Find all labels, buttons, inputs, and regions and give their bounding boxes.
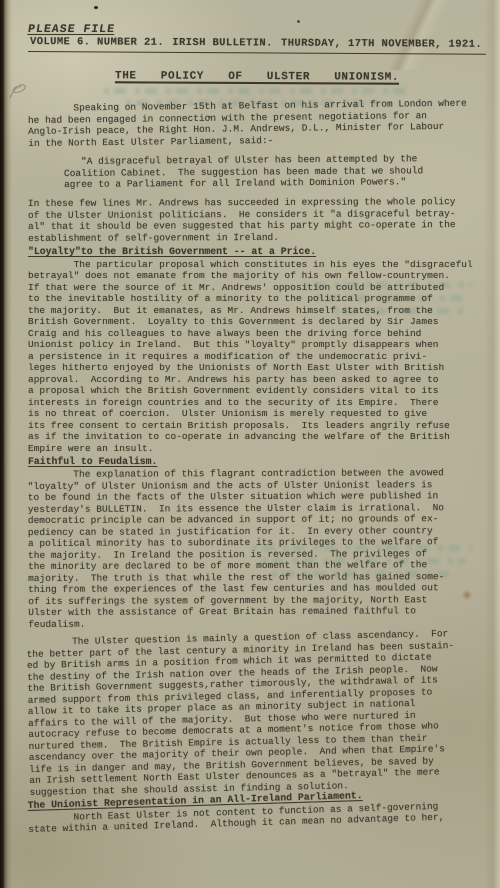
masthead-publication: IRISH BULLETIN.: [172, 37, 273, 49]
heading-faithful-to-feudalism: Faithful to Feudalism.: [28, 456, 486, 468]
ink-speck: [297, 20, 300, 23]
ink-speck: [94, 6, 98, 9]
masthead: VOLUME 6. NUMBER 21. IRISH BULLETIN. THU…: [28, 37, 486, 54]
masthead-date: THURSDAY, 17TH NOVEMBER, 1921.: [281, 38, 482, 51]
heading-loyalty-at-a-price: "Loyalty"to the British Government -- at…: [28, 246, 486, 258]
binding-edge: [0, 0, 12, 888]
paragraph-intro: Speaking on November 15th at Belfast on …: [28, 97, 487, 149]
file-stamp: PLEASE FILE: [27, 24, 116, 36]
scanned-document-page: PLEASE FILE VOLUME 6. NUMBER 21. IRISH B…: [0, 0, 500, 888]
andrews-quote: "A disgraceful betrayal of Ulster has be…: [64, 152, 486, 190]
typewritten-content: PLEASE FILE VOLUME 6. NUMBER 21. IRISH B…: [28, 24, 486, 842]
paragraph-reaction: In these few lines Mr. Andrews has succe…: [28, 196, 486, 244]
paragraph-loyalty: The particular proposal which constitute…: [28, 259, 486, 455]
paragraph-feudalism: The explanation of this flagrant contrad…: [28, 467, 487, 630]
file-stamp-row: PLEASE FILE: [28, 24, 486, 37]
masthead-volume: VOLUME 6. NUMBER 21.: [30, 37, 164, 49]
paragraph-class-ascendancy: The Ulster question is mainly a question…: [26, 627, 487, 798]
article-headline: THE POLICY OF ULSTER UNIONISM.: [115, 71, 399, 84]
